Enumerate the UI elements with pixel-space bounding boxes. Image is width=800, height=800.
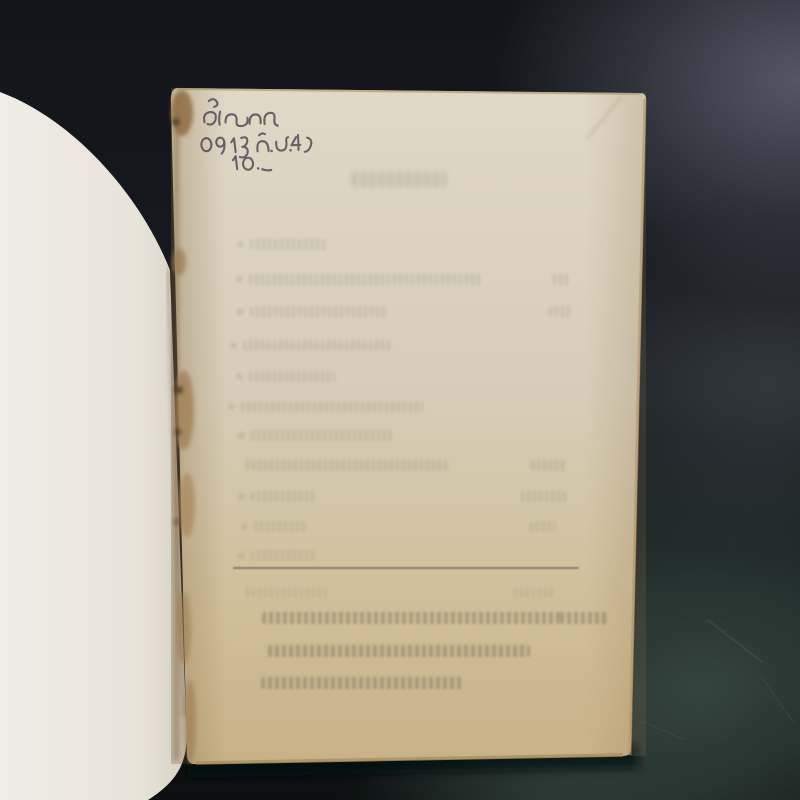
left-page bbox=[0, 92, 187, 800]
book-illustration bbox=[0, 0, 800, 800]
right-page bbox=[171, 88, 646, 764]
book-photo bbox=[0, 0, 800, 800]
